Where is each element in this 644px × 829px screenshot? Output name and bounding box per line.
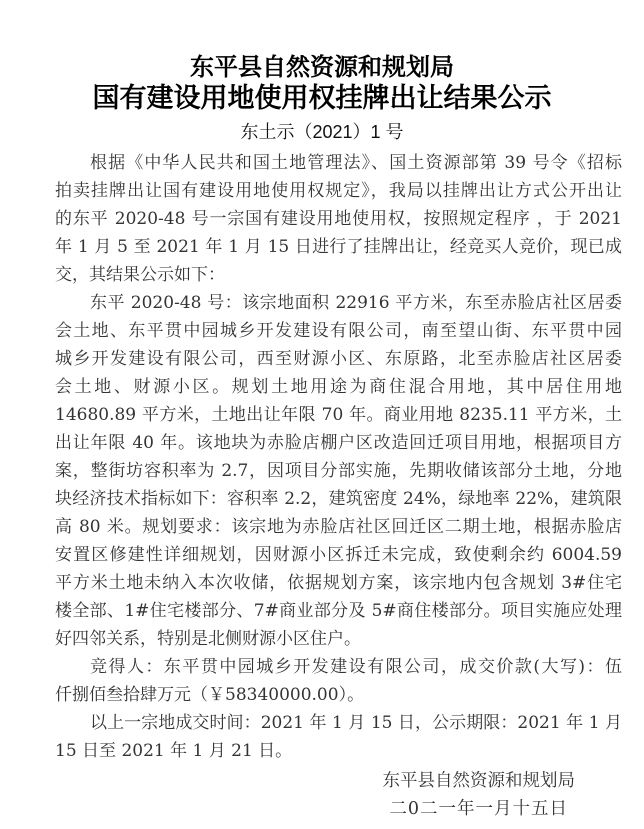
body-line: 块经济技术指标如下：容积率 2.2，建筑密度 24%，绿地率 22%，建筑限 <box>55 485 622 513</box>
signature-date: 二0二一年一月十五日 <box>0 795 644 823</box>
title-line-1: 东平县自然资源和规划局 <box>0 52 644 83</box>
body-line: 15 日至 2021 年 1 月 21 日。 <box>55 737 622 765</box>
body-line: 东平 2020-48 号：该宗地面积 22916 平方米，东至赤脸店社区居委 <box>55 289 622 317</box>
body-line: 交，其结果公示如下： <box>55 261 622 289</box>
body-line: 安置区修建性详细规划，因财源小区拆迁未完成，致使剩余约 6004.59 <box>55 541 622 569</box>
doc-number: 东土示（2021）1 号 <box>0 119 644 145</box>
body-line: 案，整街坊容积率为 2.7，因项目分部实施，先期收储该部分土地，分地 <box>55 457 622 485</box>
document-page: 东平县自然资源和规划局 国有建设用地使用权挂牌出让结果公示 东土示（2021）1… <box>0 0 644 829</box>
body-line: 出让年限 40 年。该地块为赤脸店棚户区改造回迁项目用地，根据项目方 <box>55 429 622 457</box>
body-line: 会土地、财源小区。规划土地用途为商住混合用地，其中居住用地 <box>55 373 622 401</box>
paragraph-3: 竞得人：东平贯中园城乡开发建设有限公司，成交价款(大写)：伍 仟捌佰叁拾肆万元（… <box>55 653 622 709</box>
body-line: 根据《中华人民共和国土地管理法》、国土资源部第 39 号令《招标 <box>55 149 622 177</box>
body-line: 竞得人：东平贯中园城乡开发建设有限公司，成交价款(大写)：伍 <box>55 653 622 681</box>
body-line: 平方米土地未纳入本次收储，依据规划方案，该宗地内包含规划 3#住宅 <box>55 569 622 597</box>
body-line: 好四邻关系，特别是北侧财源小区住户。 <box>55 625 622 653</box>
body-line: 仟捌佰叁拾肆万元（￥58340000.00）。 <box>55 681 622 709</box>
body-line: 拍卖挂牌出让国有建设用地使用权规定》，我局以挂牌出让方式公开出让 <box>55 177 622 205</box>
paragraph-2: 东平 2020-48 号：该宗地面积 22916 平方米，东至赤脸店社区居委 会… <box>55 289 622 653</box>
body-line: 的东平 2020-48 号一宗国有建设用地使用权，按照规定程序 ，于 2021 <box>55 205 622 233</box>
body-line: 高 80 米。规划要求：该宗地为赤脸店社区回迁区二期土地，根据赤脸店 <box>55 513 622 541</box>
title-line-2: 国有建设用地使用权挂牌出让结果公示 <box>0 83 644 114</box>
paragraph-1: 根据《中华人民共和国土地管理法》、国土资源部第 39 号令《招标 拍卖挂牌出让国… <box>55 149 622 289</box>
body-line: 会土地、东平贯中园城乡开发建设有限公司，南至望山街、东平贯中园 <box>55 317 622 345</box>
signature-org: 东平县自然资源和规划局 <box>0 767 644 795</box>
body-line: 城乡开发建设有限公司，西至财源小区、东原路，北至赤脸店社区居委 <box>55 345 622 373</box>
signature-block: 东平县自然资源和规划局 二0二一年一月十五日 <box>0 767 644 823</box>
body-line: 14680.89 平方米，土地出让年限 70 年。商业用地 8235.11 平方… <box>55 401 622 429</box>
body-line: 年 1 月 5 至 2021 年 1 月 15 日进行了挂牌出让，经竞买人竞价，… <box>55 233 622 261</box>
body-line: 以上一宗地成交时间：2021 年 1 月 15 日，公示期限：2021 年 1 … <box>55 709 622 737</box>
paragraph-4: 以上一宗地成交时间：2021 年 1 月 15 日，公示期限：2021 年 1 … <box>55 709 622 765</box>
document-body: 根据《中华人民共和国土地管理法》、国土资源部第 39 号令《招标 拍卖挂牌出让国… <box>55 149 622 765</box>
body-line: 楼全部、1#住宅楼部分、7#商业部分及 5#商住楼部分。项目实施应处理 <box>55 597 622 625</box>
document-title: 东平县自然资源和规划局 国有建设用地使用权挂牌出让结果公示 <box>0 0 644 114</box>
